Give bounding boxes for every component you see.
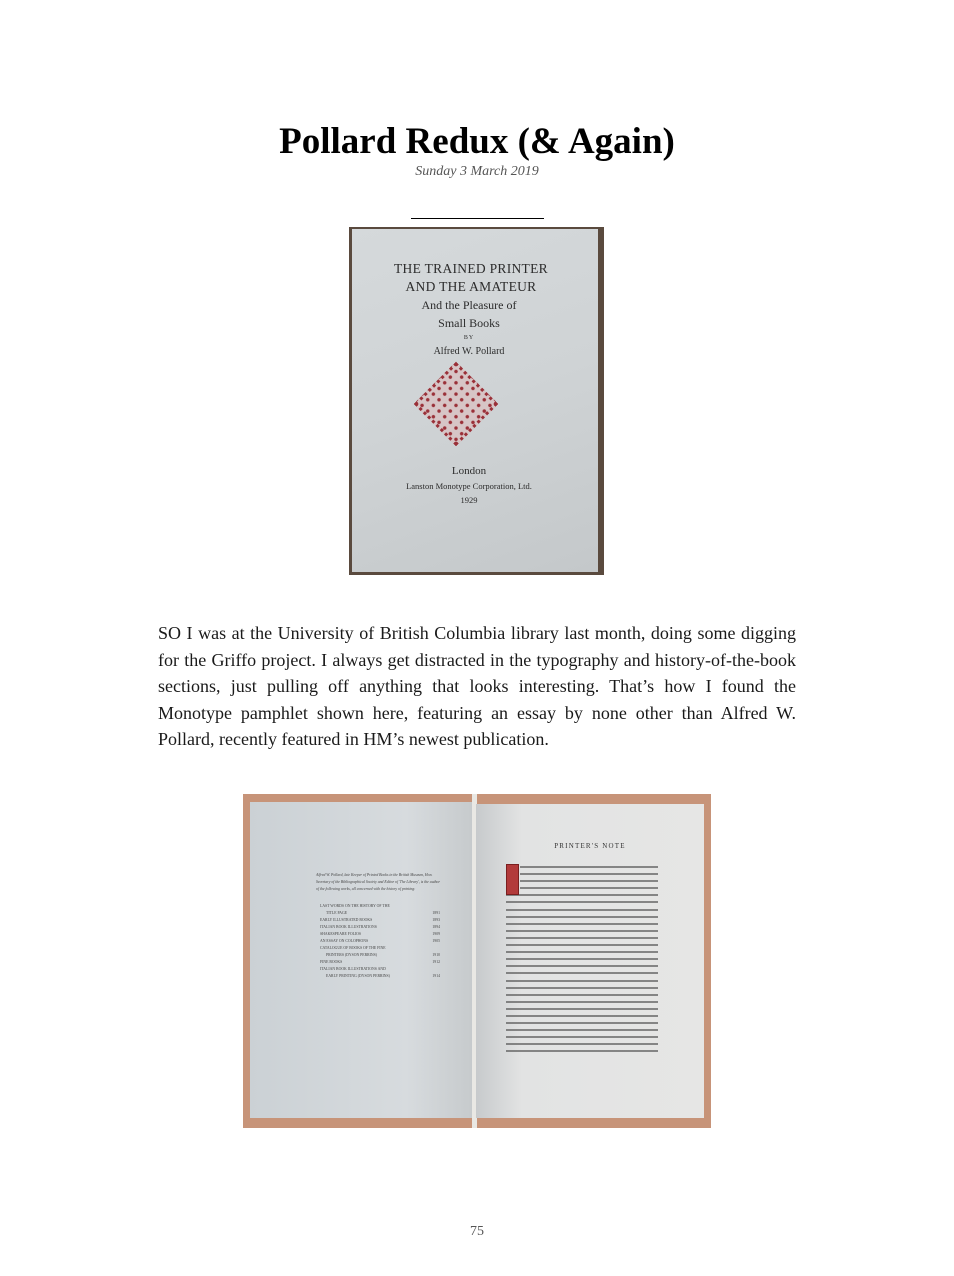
ornament-icon: [414, 362, 499, 447]
left-page: Alfred W. Pollard, late Keeper of Printe…: [250, 802, 474, 1118]
pamphlet-cover: THE TRAINED PRINTER AND THE AMATEUR And …: [352, 229, 598, 572]
pamphlet-cover-photo: THE TRAINED PRINTER AND THE AMATEUR And …: [349, 227, 604, 575]
article-body: SO I was at the University of British Co…: [158, 620, 796, 753]
divider: [411, 218, 544, 219]
right-page: PRINTER'S NOTE: [476, 804, 704, 1118]
list-item: TITLE PAGE1891: [320, 910, 440, 917]
cover-by: BY: [352, 335, 586, 341]
list-item: EARLY ILLUSTRATED BOOKS1893: [320, 917, 440, 924]
cover-title-line1: THE TRAINED PRINTER: [352, 260, 590, 278]
list-item: ITALIAN BOOK ILLUSTRATIONS1894: [320, 924, 440, 931]
printers-note-text: [506, 864, 658, 1056]
cover-title-line2: AND THE AMATEUR: [352, 278, 590, 296]
drop-cap-icon: [506, 864, 519, 895]
left-page-intro: Alfred W. Pollard, late Keeper of Printe…: [316, 872, 441, 893]
list-item: ITALIAN BOOK ILLUSTRATIONS AND: [320, 966, 440, 973]
cover-subtitle-line1: And the Pleasure of: [352, 297, 586, 314]
list-item: CATALOGUE OF BOOKS OF THE FINE: [320, 945, 440, 952]
works-list: LAST WORDS ON THE HISTORY OF THE TITLE P…: [320, 903, 440, 980]
list-item: AN ESSAY ON COLOPHONS1905: [320, 938, 440, 945]
cover-publisher: Lanston Monotype Corporation, Ltd.: [352, 481, 586, 491]
page-title: Pollard Redux (& Again): [0, 120, 954, 164]
open-pamphlet-photo: Alfred W. Pollard, late Keeper of Printe…: [243, 794, 711, 1128]
cover-place: London: [352, 465, 586, 477]
list-item: LAST WORDS ON THE HISTORY OF THE: [320, 903, 440, 910]
cover-subtitle-line2: Small Books: [352, 315, 586, 332]
list-item: SHAKESPEARE FOLIOS1909: [320, 931, 440, 938]
printers-note-heading: PRINTER'S NOTE: [476, 842, 704, 850]
post-date: Sunday 3 March 2019: [0, 164, 954, 180]
cover-year: 1929: [352, 495, 586, 505]
cover-author: Alfred W. Pollard: [352, 346, 586, 357]
page-number: 75: [0, 1224, 954, 1240]
list-item: PRINTERS (DYSON PERRINS)1910: [320, 952, 440, 959]
list-item: EARLY PRINTING (DYSON PERRINS)1914: [320, 973, 440, 980]
list-item: FINE BOOKS1912: [320, 959, 440, 966]
